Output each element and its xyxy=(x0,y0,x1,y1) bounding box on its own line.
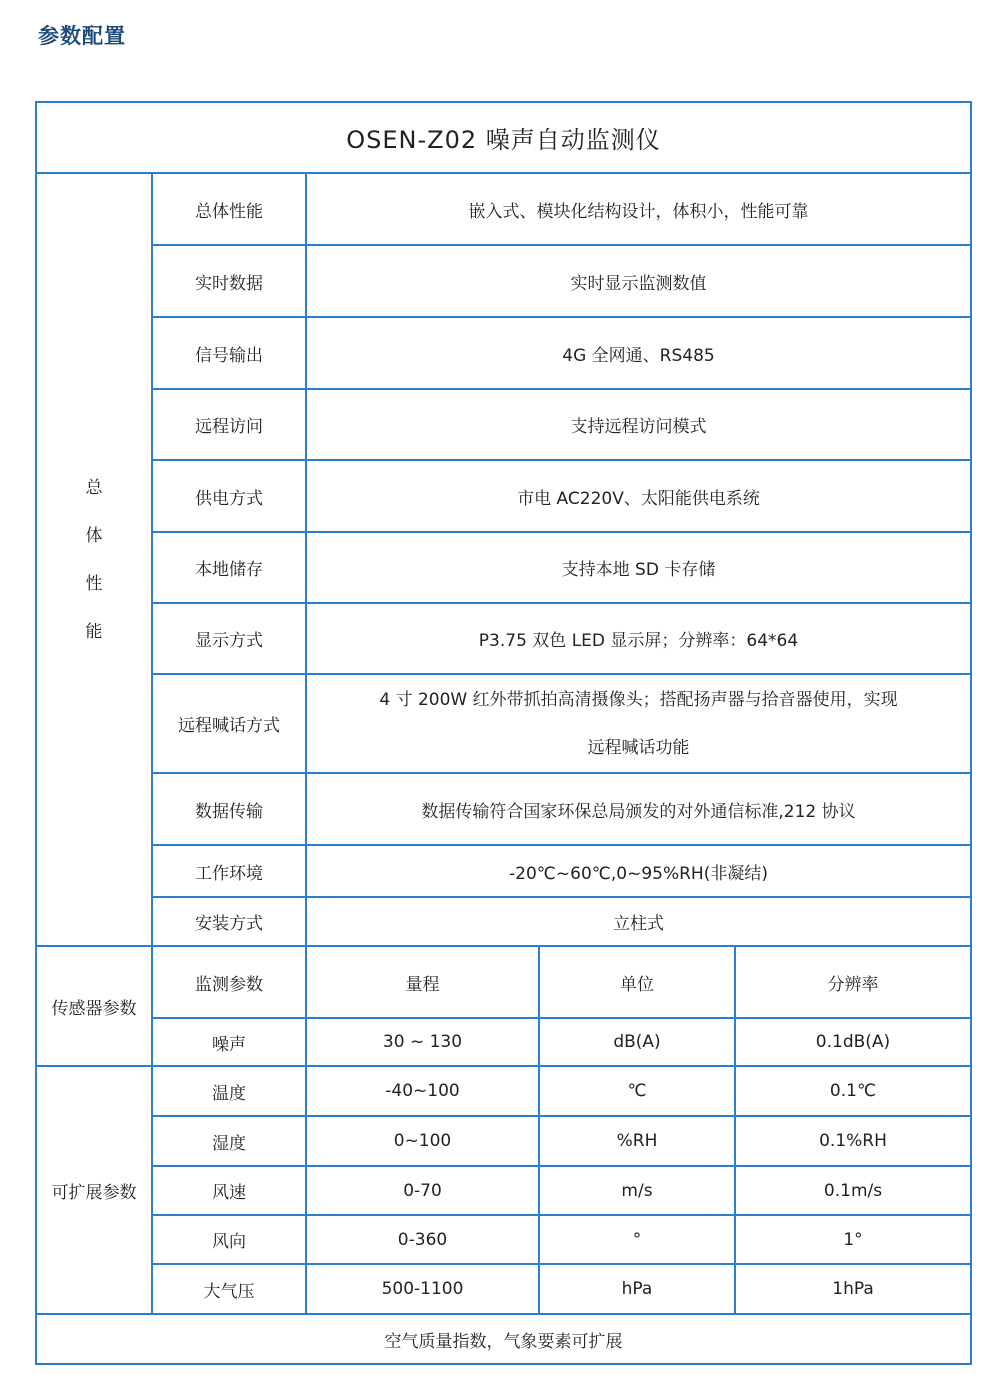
unit-cell: m/s xyxy=(539,1166,735,1215)
param-cell: 噪声 xyxy=(152,1018,306,1066)
table-row: 风向 0-360 ° 1° xyxy=(36,1215,971,1264)
range-cell: 30 ~ 130 xyxy=(306,1018,539,1066)
table-row: 供电方式 市电 AC220V、太阳能供电系统 xyxy=(36,460,971,532)
table-row: 安装方式 立柱式 xyxy=(36,897,971,946)
row-value: 立柱式 xyxy=(306,897,971,946)
table-row: 湿度 0~100 %RH 0.1%RH xyxy=(36,1116,971,1166)
group-label-overall: 总 体 性 能 xyxy=(36,173,152,946)
param-cell: 大气压 xyxy=(152,1264,306,1314)
resolution-cell: 0.1m/s xyxy=(735,1166,971,1215)
row-label: 工作环境 xyxy=(152,845,306,897)
table-row: 噪声 30 ~ 130 dB(A) 0.1dB(A) xyxy=(36,1018,971,1066)
param-cell: 风速 xyxy=(152,1166,306,1215)
resolution-cell: 0.1dB(A) xyxy=(735,1018,971,1066)
row-label: 实时数据 xyxy=(152,245,306,317)
table-row: 信号输出 4G 全网通、RS485 xyxy=(36,317,971,389)
group-label-sensor: 传感器参数 xyxy=(36,946,152,1066)
range-cell: -40~100 xyxy=(306,1066,539,1116)
param-cell: 温度 xyxy=(152,1066,306,1116)
param-cell: 湿度 xyxy=(152,1116,306,1166)
row-value-line: 远程喊话功能 xyxy=(313,724,964,772)
product-title: OSEN-Z02 噪声自动监测仪 xyxy=(36,102,971,173)
group-label-char: 性 xyxy=(43,560,145,608)
group-label-char: 体 xyxy=(43,512,145,560)
table-row: 远程喊话方式 4 寸 200W 红外带抓拍高清摄像头；搭配扬声器与拾音器使用，实… xyxy=(36,674,971,773)
group-label-char: 总 xyxy=(43,464,145,512)
column-header: 量程 xyxy=(306,946,539,1018)
table-row: 显示方式 P3.75 双色 LED 显示屏；分辨率：64*64 xyxy=(36,603,971,674)
row-value: 数据传输符合国家环保总局颁发的对外通信标准,212 协议 xyxy=(306,773,971,845)
row-label: 总体性能 xyxy=(152,173,306,245)
range-cell: 0~100 xyxy=(306,1116,539,1166)
footer-note: 空气质量指数，气象要素可扩展 xyxy=(36,1314,971,1364)
row-label: 信号输出 xyxy=(152,317,306,389)
row-value: 支持本地 SD 卡存储 xyxy=(306,532,971,603)
range-cell: 500-1100 xyxy=(306,1264,539,1314)
resolution-cell: 1hPa xyxy=(735,1264,971,1314)
row-label: 远程访问 xyxy=(152,389,306,460)
row-label: 本地储存 xyxy=(152,532,306,603)
table-row: 可扩展参数 温度 -40~100 ℃ 0.1℃ xyxy=(36,1066,971,1116)
row-value-line: 4 寸 200W 红外带抓拍高清摄像头；搭配扬声器与拾音器使用，实现 xyxy=(313,676,964,724)
row-label: 安装方式 xyxy=(152,897,306,946)
group-label-expandable: 可扩展参数 xyxy=(36,1066,152,1314)
row-label: 数据传输 xyxy=(152,773,306,845)
column-header: 分辨率 xyxy=(735,946,971,1018)
column-header: 监测参数 xyxy=(152,946,306,1018)
unit-cell: dB(A) xyxy=(539,1018,735,1066)
unit-cell: %RH xyxy=(539,1116,735,1166)
row-label: 远程喊话方式 xyxy=(152,674,306,773)
page-heading: 参数配置 xyxy=(38,20,126,50)
resolution-cell: 0.1%RH xyxy=(735,1116,971,1166)
row-value: 4G 全网通、RS485 xyxy=(306,317,971,389)
sensor-header-row: 传感器参数 监测参数 量程 单位 分辨率 xyxy=(36,946,971,1018)
row-label: 供电方式 xyxy=(152,460,306,532)
table-row: 大气压 500-1100 hPa 1hPa xyxy=(36,1264,971,1314)
title-row: OSEN-Z02 噪声自动监测仪 xyxy=(36,102,971,173)
table-row: 远程访问 支持远程访问模式 xyxy=(36,389,971,460)
table-row: 本地储存 支持本地 SD 卡存储 xyxy=(36,532,971,603)
unit-cell: hPa xyxy=(539,1264,735,1314)
row-value: 支持远程访问模式 xyxy=(306,389,971,460)
range-cell: 0-360 xyxy=(306,1215,539,1264)
table-row: 实时数据 实时显示监测数值 xyxy=(36,245,971,317)
row-value: 市电 AC220V、太阳能供电系统 xyxy=(306,460,971,532)
table-row: 数据传输 数据传输符合国家环保总局颁发的对外通信标准,212 协议 xyxy=(36,773,971,845)
row-value: 实时显示监测数值 xyxy=(306,245,971,317)
table-row: 总 体 性 能 总体性能 嵌入式、模块化结构设计，体积小，性能可靠 xyxy=(36,173,971,245)
unit-cell: ℃ xyxy=(539,1066,735,1116)
column-header: 单位 xyxy=(539,946,735,1018)
resolution-cell: 0.1℃ xyxy=(735,1066,971,1116)
row-value: -20℃~60℃,0~95%RH(非凝结) xyxy=(306,845,971,897)
row-label: 显示方式 xyxy=(152,603,306,674)
table-row: 风速 0-70 m/s 0.1m/s xyxy=(36,1166,971,1215)
row-value: 嵌入式、模块化结构设计，体积小，性能可靠 xyxy=(306,173,971,245)
footer-row: 空气质量指数，气象要素可扩展 xyxy=(36,1314,971,1364)
param-cell: 风向 xyxy=(152,1215,306,1264)
group-label-char: 能 xyxy=(43,608,145,656)
row-value: P3.75 双色 LED 显示屏；分辨率：64*64 xyxy=(306,603,971,674)
unit-cell: ° xyxy=(539,1215,735,1264)
table-row: 工作环境 -20℃~60℃,0~95%RH(非凝结) xyxy=(36,845,971,897)
spec-table: OSEN-Z02 噪声自动监测仪 总 体 性 能 总体性能 嵌入式、模块化结构设… xyxy=(35,101,972,1365)
row-value: 4 寸 200W 红外带抓拍高清摄像头；搭配扬声器与拾音器使用，实现 远程喊话功… xyxy=(306,674,971,773)
resolution-cell: 1° xyxy=(735,1215,971,1264)
range-cell: 0-70 xyxy=(306,1166,539,1215)
